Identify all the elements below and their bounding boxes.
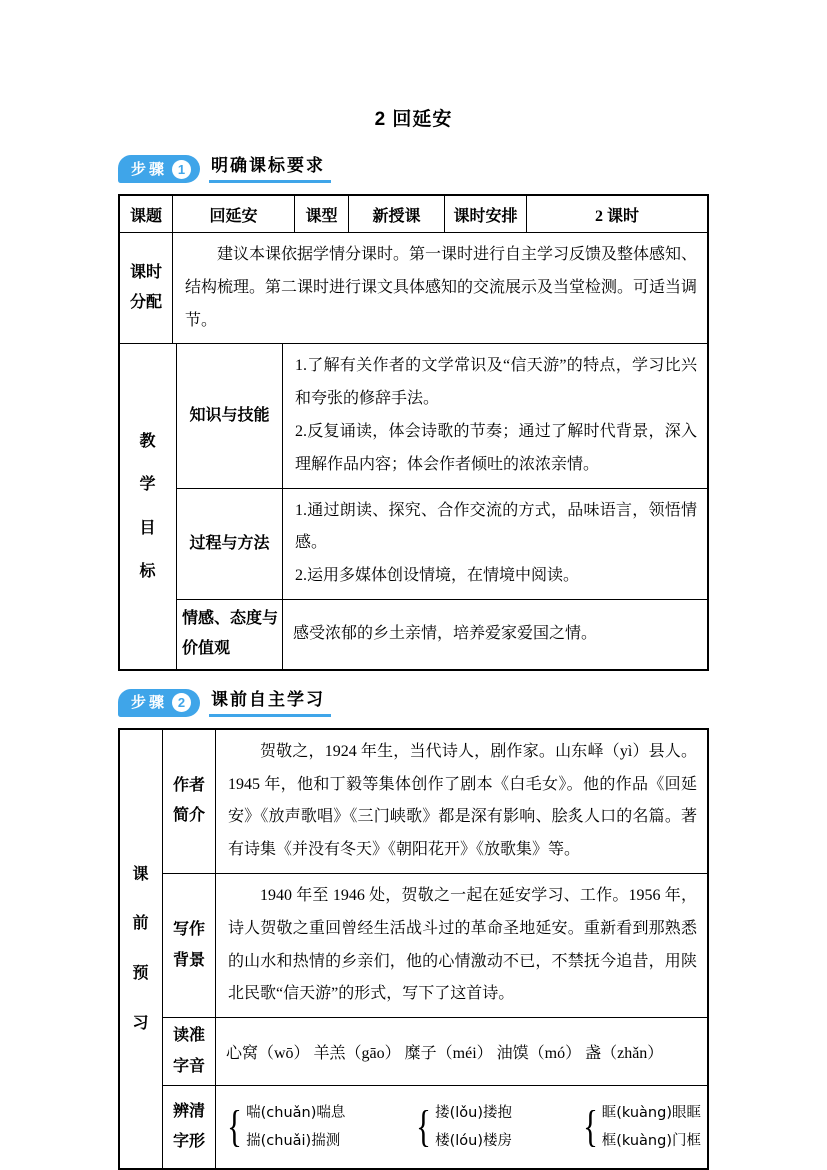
teaching-goals-section: 教 学 目 标 知识与技能 1.了解有关作者的文学常识及“信天游”的特点，学习比… [120, 344, 707, 668]
char-line: 楼(lóu)楼房 [435, 1127, 512, 1155]
period-allocation-label: 课时 分配 [120, 233, 173, 343]
brace-icon: { [416, 1105, 431, 1149]
header-value-title: 回延安 [173, 196, 295, 232]
goal-label-knowledge: 知识与技能 [177, 344, 283, 488]
goal-text-process: 1.通过朗读、探究、合作交流的方式，品味语言，领悟情感。 2.运用多媒体创设情境… [283, 489, 707, 600]
step2-badge-label: 步骤 [131, 695, 167, 710]
step1-badge-label: 步骤 [131, 162, 167, 177]
pronunciation-text: 心窝（wō） 羊羔（gāo） 糜子（méi） 油馍（mó） 盏（zhǎn） [216, 1018, 707, 1086]
char-line: 框(kuàng)门框 [602, 1127, 701, 1155]
goal-label-process: 过程与方法 [177, 489, 283, 600]
step1-badge: 步骤 1 [118, 155, 200, 183]
preview-side-label: 课 前 预 习 [120, 730, 163, 1168]
char-group-chuan: { 喘(chuǎn)喘息 揣(chuǎi)揣测 [224, 1099, 345, 1156]
step2-section-title: 课前自主学习 [209, 685, 331, 717]
char-group-lou: { 搂(lǒu)搂抱 楼(lóu)楼房 [413, 1099, 512, 1156]
step2-number-icon: 2 [172, 693, 191, 712]
goal-text-knowledge: 1.了解有关作者的文学常识及“信天游”的特点，学习比兴和夸张的修辞手法。 2.反… [283, 344, 707, 488]
char-line: 搂(lǒu)搂抱 [435, 1099, 512, 1127]
char-group-lines: 喘(chuǎn)喘息 揣(chuǎi)揣测 [246, 1099, 345, 1156]
character-forms-label: 辨清 字形 [163, 1086, 216, 1168]
char-line: 喘(chuǎn)喘息 [246, 1099, 345, 1127]
step1-section-title: 明确课标要求 [209, 151, 331, 183]
step2-header: 步骤 2 课前自主学习 [118, 685, 709, 717]
writing-background-text: 1940 年至 1946 处，贺敬之一起在延安学习、工作。1956 年，诗人贺敬… [216, 874, 707, 1018]
author-intro-label: 作者 简介 [163, 730, 216, 874]
brace-icon: { [227, 1105, 242, 1149]
step2-badge: 步骤 2 [118, 689, 200, 717]
teaching-goals-side-label: 教 学 目 标 [120, 344, 177, 668]
goal-text-emotion: 感受浓郁的乡土亲情，培养爱家爱国之情。 [283, 600, 707, 669]
goal-label-emotion: 情感、态度与 价值观 [177, 600, 283, 669]
step1-header: 步骤 1 明确课标要求 [118, 151, 709, 183]
lesson-plan-page: 2 回延安 步骤 1 明确课标要求 课题 回延安 课型 新授课 课时安排 2 课… [0, 0, 827, 1169]
header-value-periods: 2 课时 [527, 196, 707, 232]
character-forms-content: { 喘(chuǎn)喘息 揣(chuǎi)揣测 { 搂(lǒu)搂抱 楼(lóu… [216, 1086, 707, 1168]
preview-table: 课 前 预 习 作者 简介 贺敬之，1924 年生，当代诗人，剧作家。山东峄（y… [118, 728, 709, 1170]
header-cell-kexing: 课型 [295, 196, 349, 232]
lesson-info-table: 课题 回延安 课型 新授课 课时安排 2 课时 课时 分配 建议本课依据学情分课… [118, 194, 709, 671]
char-group-lines: 搂(lǒu)搂抱 楼(lóu)楼房 [435, 1099, 512, 1156]
page-title: 2 回延安 [0, 104, 827, 131]
author-intro-text: 贺敬之，1924 年生，当代诗人，剧作家。山东峄（yì）县人。1945 年，他和… [216, 730, 707, 874]
step1-number-icon: 1 [172, 160, 191, 179]
period-allocation-row: 课时 分配 建议本课依据学情分课时。第一课时进行自主学习反馈及整体感知、结构梳理… [120, 233, 707, 344]
writing-background-label: 写作 背景 [163, 874, 216, 1018]
char-line: 眶(kuàng)眼眶 [602, 1099, 701, 1127]
pronunciation-label: 读准 字音 [163, 1018, 216, 1086]
header-cell-keti: 课题 [120, 196, 173, 232]
content-area: 步骤 1 明确课标要求 课题 回延安 课型 新授课 课时安排 2 课时 课时 分… [118, 151, 709, 1170]
char-group-kuang: { 眶(kuàng)眼眶 框(kuàng)门框 [580, 1099, 701, 1156]
char-group-lines: 眶(kuàng)眼眶 框(kuàng)门框 [602, 1099, 701, 1156]
char-line: 揣(chuǎi)揣测 [246, 1127, 345, 1155]
period-allocation-text: 建议本课依据学情分课时。第一课时进行自主学习反馈及整体感知、结构梳理。第二课时进… [173, 233, 707, 343]
header-value-lesson-type: 新授课 [349, 196, 445, 232]
header-cell-keshi-anpai: 课时安排 [445, 196, 527, 232]
brace-icon: { [583, 1105, 598, 1149]
lesson-info-header-row: 课题 回延安 课型 新授课 课时安排 2 课时 [120, 196, 707, 233]
